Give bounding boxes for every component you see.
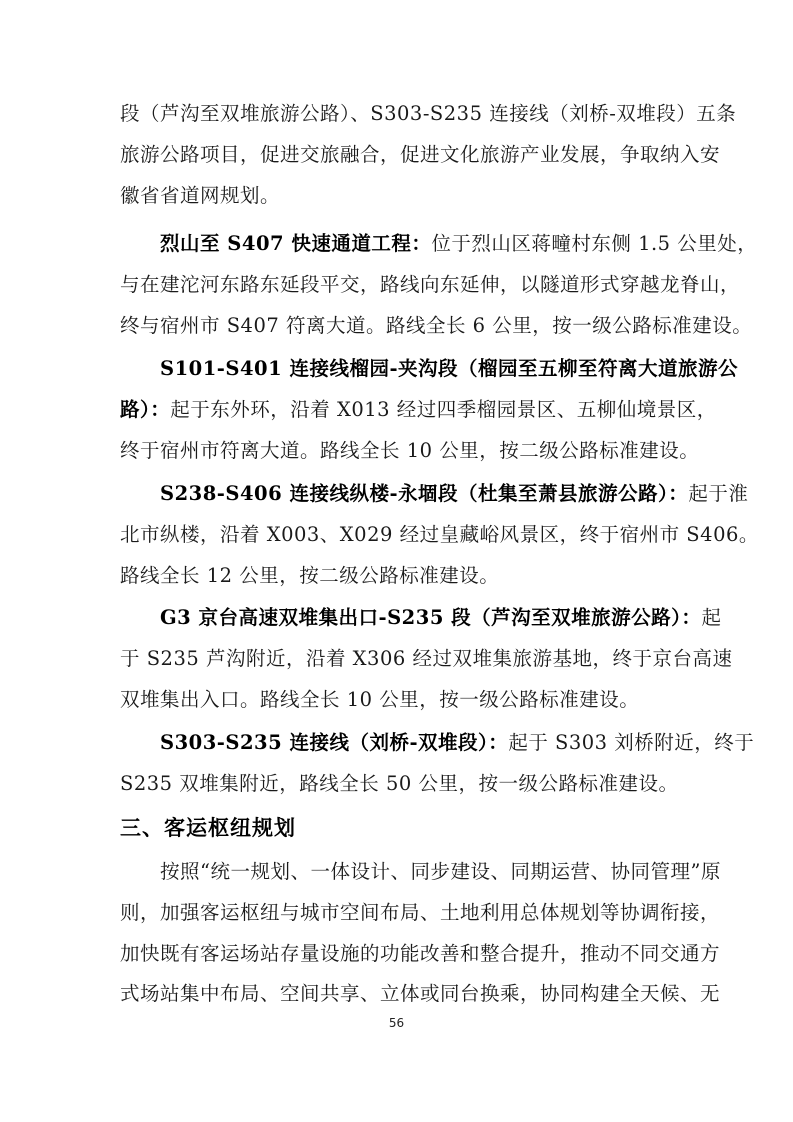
project-title: S303-S235 连接线（刘桥-双堆段）： [160,731,508,754]
project-first-line: S238-S406 连接线纵楼-永堌段（杜集至萧县旅游公路）：起于淮 [160,479,673,509]
body-text-line: 式场站集中布局、空间共享、立体或同台换乘，协同构建全天候、无 [120,979,673,1009]
project-text: 起于东外环，沿着 X013 经过四季榴园景区、五柳仙境景区， [170,398,717,421]
project-title-cont: 路）： [120,398,170,421]
body-text-line: 加快既有客运场站存量设施的功能改善和整合提升，推动不同交通方 [120,939,673,969]
project-text: 位于烈山区蒋疃村东侧 1.5 公里处， [431,232,757,255]
section-heading: 三、客运枢纽规划 [120,813,296,843]
project-title: 烈山至 S407 快速通道工程： [160,232,431,255]
project-text: 起 [701,606,721,629]
project-title: G3 京台高速双堆集出口-S235 段（芦沟至双堆旅游公路）： [160,606,701,629]
body-text-line: 双堆集出入口。路线全长 10 公里，按一级公路标准建设。 [120,685,673,715]
body-text-line: 终与宿州市 S407 符离大道。路线全长 6 公里，按一级公路标准建设。 [120,311,673,341]
body-text-line: 终于宿州市符离大道。路线全长 10 公里，按二级公路标准建设。 [120,436,673,466]
body-text-line: 则，加强客运枢纽与城市空间布局、土地利用总体规划等协调衔接， [120,898,673,928]
body-text-line: 与在建沱河东路东延段平交，路线向东延伸，以隧道形式穿越龙脊山， [120,270,673,300]
body-text-line: 段（芦沟至双堆旅游公路）、S303-S235 连接线（刘桥-双堆段）五条 [120,99,673,129]
body-text-line: 北市纵楼，沿着 X003、X029 经过皇藏峪风景区，终于宿州市 S406。 [120,520,673,550]
document-page: 段（芦沟至双堆旅游公路）、S303-S235 连接线（刘桥-双堆段）五条 旅游公… [0,0,793,1122]
body-text-line: S235 双堆集附近，路线全长 50 公里，按一级公路标准建设。 [120,769,673,799]
body-text-line: 旅游公路项目，促进交旅融合，促进文化旅游产业发展，争取纳入安 [120,140,673,170]
project-first-line: 烈山至 S407 快速通道工程：位于烈山区蒋疃村东侧 1.5 公里处， [160,229,673,259]
project-title: S238-S406 连接线纵楼-永堌段（杜集至萧县旅游公路）： [160,482,688,505]
body-text-line: 按照“统一规划、一体设计、同步建设、同期运营、协同管理”原 [160,857,673,887]
project-first-line: S303-S235 连接线（刘桥-双堆段）：起于 S303 刘桥附近，终于 [160,728,673,758]
body-text-line: 于 S235 芦沟附近，沿着 X306 经过双堆集旅游基地，终于京台高速 [120,644,673,674]
body-text-line: 徽省省道网规划。 [120,181,673,211]
project-text: 起于淮 [688,482,748,505]
page-number: 56 [0,1016,793,1030]
project-title: S101-S401 连接线榴园-夹沟段（榴园至五柳至符离大道旅游公 [160,354,673,384]
body-text-line: 路线全长 12 公里，按二级公路标准建设。 [120,561,673,591]
project-text: 起于 S303 刘桥附近，终于 [508,731,754,754]
project-first-line: 路）：起于东外环，沿着 X013 经过四季榴园景区、五柳仙境景区， [120,395,673,425]
project-first-line: G3 京台高速双堆集出口-S235 段（芦沟至双堆旅游公路）：起 [160,603,673,633]
